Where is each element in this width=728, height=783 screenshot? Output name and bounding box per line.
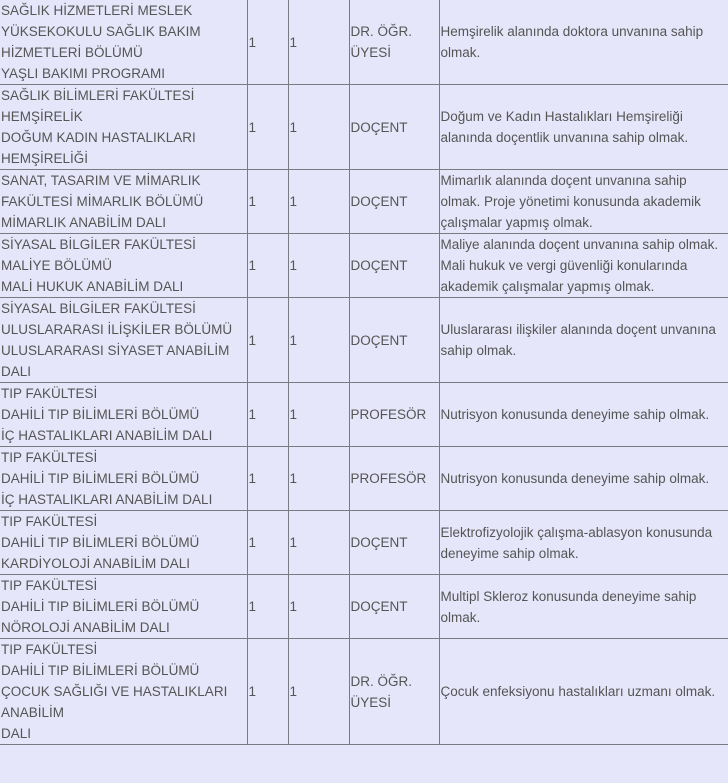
unit-line: YAŞLI BAKIMI PROGRAMI: [1, 63, 246, 84]
unit-line: DOĞUM KADIN HASTALIKLARI: [1, 127, 246, 148]
count-b-cell: 1: [288, 0, 349, 85]
unit-line: DAHİLİ TIP BİLİMLERİ BÖLÜMÜ: [1, 404, 246, 425]
unit-line: TIP FAKÜLTESİ: [1, 639, 246, 660]
requirement-cell: Nutrisyon konusunda deneyime sahip olmak…: [439, 383, 728, 447]
academic-positions-table: SAĞLIK HİZMETLERİ MESLEKYÜKSEKOKULU SAĞL…: [0, 0, 728, 745]
unit-line: DAHİLİ TIP BİLİMLERİ BÖLÜMÜ: [1, 596, 246, 617]
unit-line: ULUSLARARASI SİYASET ANABİLİM: [1, 340, 246, 361]
unit-cell: TIP FAKÜLTESİDAHİLİ TIP BİLİMLERİ BÖLÜMÜ…: [0, 383, 247, 447]
title-cell: DOÇENT: [349, 85, 439, 170]
unit-line: İÇ HASTALIKLARI ANABİLİM DALI: [1, 489, 246, 510]
table-row: TIP FAKÜLTESİDAHİLİ TIP BİLİMLERİ BÖLÜMÜ…: [0, 447, 728, 511]
table-body: SAĞLIK HİZMETLERİ MESLEKYÜKSEKOKULU SAĞL…: [0, 0, 728, 745]
unit-line: DAHİLİ TIP BİLİMLERİ BÖLÜMÜ: [1, 532, 246, 553]
count-b-cell: 1: [288, 511, 349, 575]
unit-cell: SAĞLIK BİLİMLERİ FAKÜLTESİHEMŞİRELİKDOĞU…: [0, 85, 247, 170]
unit-line: TIP FAKÜLTESİ: [1, 511, 246, 532]
unit-line: MALİYE BÖLÜMÜ: [1, 255, 246, 276]
table-row: SAĞLIK HİZMETLERİ MESLEKYÜKSEKOKULU SAĞL…: [0, 0, 728, 85]
title-cell: DOÇENT: [349, 575, 439, 639]
count-b-cell: 1: [288, 639, 349, 745]
unit-line: TIP FAKÜLTESİ: [1, 447, 246, 468]
unit-line: FAKÜLTESİ MİMARLIK BÖLÜMÜ: [1, 191, 246, 212]
count-a-cell: 1: [247, 575, 288, 639]
title-cell: DOÇENT: [349, 298, 439, 383]
unit-line: ULUSLARARASI İLİŞKİLER BÖLÜMÜ: [1, 319, 246, 340]
title-cell: DOÇENT: [349, 170, 439, 234]
unit-line: ÇOCUK SAĞLIĞI VE HASTALIKLARI: [1, 681, 246, 702]
unit-cell: SAĞLIK HİZMETLERİ MESLEKYÜKSEKOKULU SAĞL…: [0, 0, 247, 85]
unit-cell: SANAT, TASARIM VE MİMARLIKFAKÜLTESİ MİMA…: [0, 170, 247, 234]
requirement-cell: Uluslararası ilişkiler alanında doçent u…: [439, 298, 728, 383]
title-cell: DOÇENT: [349, 511, 439, 575]
unit-line: DALI: [1, 723, 246, 744]
table-row: SAĞLIK BİLİMLERİ FAKÜLTESİHEMŞİRELİKDOĞU…: [0, 85, 728, 170]
unit-line: MİMARLIK ANABİLİM DALI: [1, 212, 246, 233]
table-row: TIP FAKÜLTESİDAHİLİ TIP BİLİMLERİ BÖLÜMÜ…: [0, 639, 728, 745]
requirement-cell: Elektrofizyolojik çalışma-ablasyon konus…: [439, 511, 728, 575]
requirement-cell: Hemşirelik alanında doktora unvanına sah…: [439, 0, 728, 85]
unit-line: SANAT, TASARIM VE MİMARLIK: [1, 170, 246, 191]
unit-cell: TIP FAKÜLTESİDAHİLİ TIP BİLİMLERİ BÖLÜMÜ…: [0, 575, 247, 639]
count-a-cell: 1: [247, 85, 288, 170]
unit-cell: SİYASAL BİLGİLER FAKÜLTESİMALİYE BÖLÜMÜM…: [0, 234, 247, 298]
unit-line: DALI: [1, 361, 246, 382]
count-a-cell: 1: [247, 170, 288, 234]
unit-line: TIP FAKÜLTESİ: [1, 383, 246, 404]
table-row: TIP FAKÜLTESİDAHİLİ TIP BİLİMLERİ BÖLÜMÜ…: [0, 511, 728, 575]
unit-line: SİYASAL BİLGİLER FAKÜLTESİ: [1, 298, 246, 319]
requirement-cell: Nutrisyon konusunda deneyime sahip olmak…: [439, 447, 728, 511]
count-b-cell: 1: [288, 85, 349, 170]
title-cell: DR. ÖĞR. ÜYESİ: [349, 0, 439, 85]
count-a-cell: 1: [247, 234, 288, 298]
title-cell: DOÇENT: [349, 234, 439, 298]
unit-line: YÜKSEKOKULU SAĞLIK BAKIM: [1, 21, 246, 42]
count-b-cell: 1: [288, 170, 349, 234]
title-cell: PROFESÖR: [349, 383, 439, 447]
unit-cell: SİYASAL BİLGİLER FAKÜLTESİULUSLARARASI İ…: [0, 298, 247, 383]
unit-line: HİZMETLERİ BÖLÜMÜ: [1, 42, 246, 63]
unit-cell: TIP FAKÜLTESİDAHİLİ TIP BİLİMLERİ BÖLÜMÜ…: [0, 511, 247, 575]
unit-line: DAHİLİ TIP BİLİMLERİ BÖLÜMÜ: [1, 660, 246, 681]
count-b-cell: 1: [288, 383, 349, 447]
count-a-cell: 1: [247, 511, 288, 575]
count-a-cell: 1: [247, 639, 288, 745]
table-row: SİYASAL BİLGİLER FAKÜLTESİULUSLARARASI İ…: [0, 298, 728, 383]
unit-line: HEMŞİRELİĞİ: [1, 148, 246, 169]
unit-line: SİYASAL BİLGİLER FAKÜLTESİ: [1, 234, 246, 255]
requirement-cell: Mimarlık alanında doçent unvanına sahip …: [439, 170, 728, 234]
unit-cell: TIP FAKÜLTESİDAHİLİ TIP BİLİMLERİ BÖLÜMÜ…: [0, 447, 247, 511]
count-b-cell: 1: [288, 234, 349, 298]
title-cell: PROFESÖR: [349, 447, 439, 511]
unit-line: İÇ HASTALIKLARI ANABİLİM DALI: [1, 425, 246, 446]
unit-line: SAĞLIK BİLİMLERİ FAKÜLTESİ: [1, 85, 246, 106]
count-b-cell: 1: [288, 447, 349, 511]
unit-line: ANABİLİM: [1, 702, 246, 723]
count-a-cell: 1: [247, 383, 288, 447]
requirement-cell: Doğum ve Kadın Hastalıkları Hemşireliği …: [439, 85, 728, 170]
unit-line: KARDİYOLOJİ ANABİLİM DALI: [1, 553, 246, 574]
unit-line: SAĞLIK HİZMETLERİ MESLEK: [1, 0, 246, 21]
requirement-cell: Multipl Skleroz konusunda deneyime sahip…: [439, 575, 728, 639]
count-b-cell: 1: [288, 298, 349, 383]
requirement-cell: Çocuk enfeksiyonu hastalıkları uzmanı ol…: [439, 639, 728, 745]
unit-line: DAHİLİ TIP BİLİMLERİ BÖLÜMÜ: [1, 468, 246, 489]
table-row: TIP FAKÜLTESİDAHİLİ TIP BİLİMLERİ BÖLÜMÜ…: [0, 383, 728, 447]
count-a-cell: 1: [247, 0, 288, 85]
unit-line: HEMŞİRELİK: [1, 106, 246, 127]
count-a-cell: 1: [247, 447, 288, 511]
table-row: SANAT, TASARIM VE MİMARLIKFAKÜLTESİ MİMA…: [0, 170, 728, 234]
unit-line: TIP FAKÜLTESİ: [1, 575, 246, 596]
table-row: SİYASAL BİLGİLER FAKÜLTESİMALİYE BÖLÜMÜM…: [0, 234, 728, 298]
unit-line: MALİ HUKUK ANABİLİM DALI: [1, 276, 246, 297]
count-b-cell: 1: [288, 575, 349, 639]
unit-line: NÖROLOJİ ANABİLİM DALI: [1, 617, 246, 638]
requirement-cell: Maliye alanında doçent unvanına sahip ol…: [439, 234, 728, 298]
table-row: TIP FAKÜLTESİDAHİLİ TIP BİLİMLERİ BÖLÜMÜ…: [0, 575, 728, 639]
unit-cell: TIP FAKÜLTESİDAHİLİ TIP BİLİMLERİ BÖLÜMÜ…: [0, 639, 247, 745]
title-cell: DR. ÖĞR. ÜYESİ: [349, 639, 439, 745]
count-a-cell: 1: [247, 298, 288, 383]
